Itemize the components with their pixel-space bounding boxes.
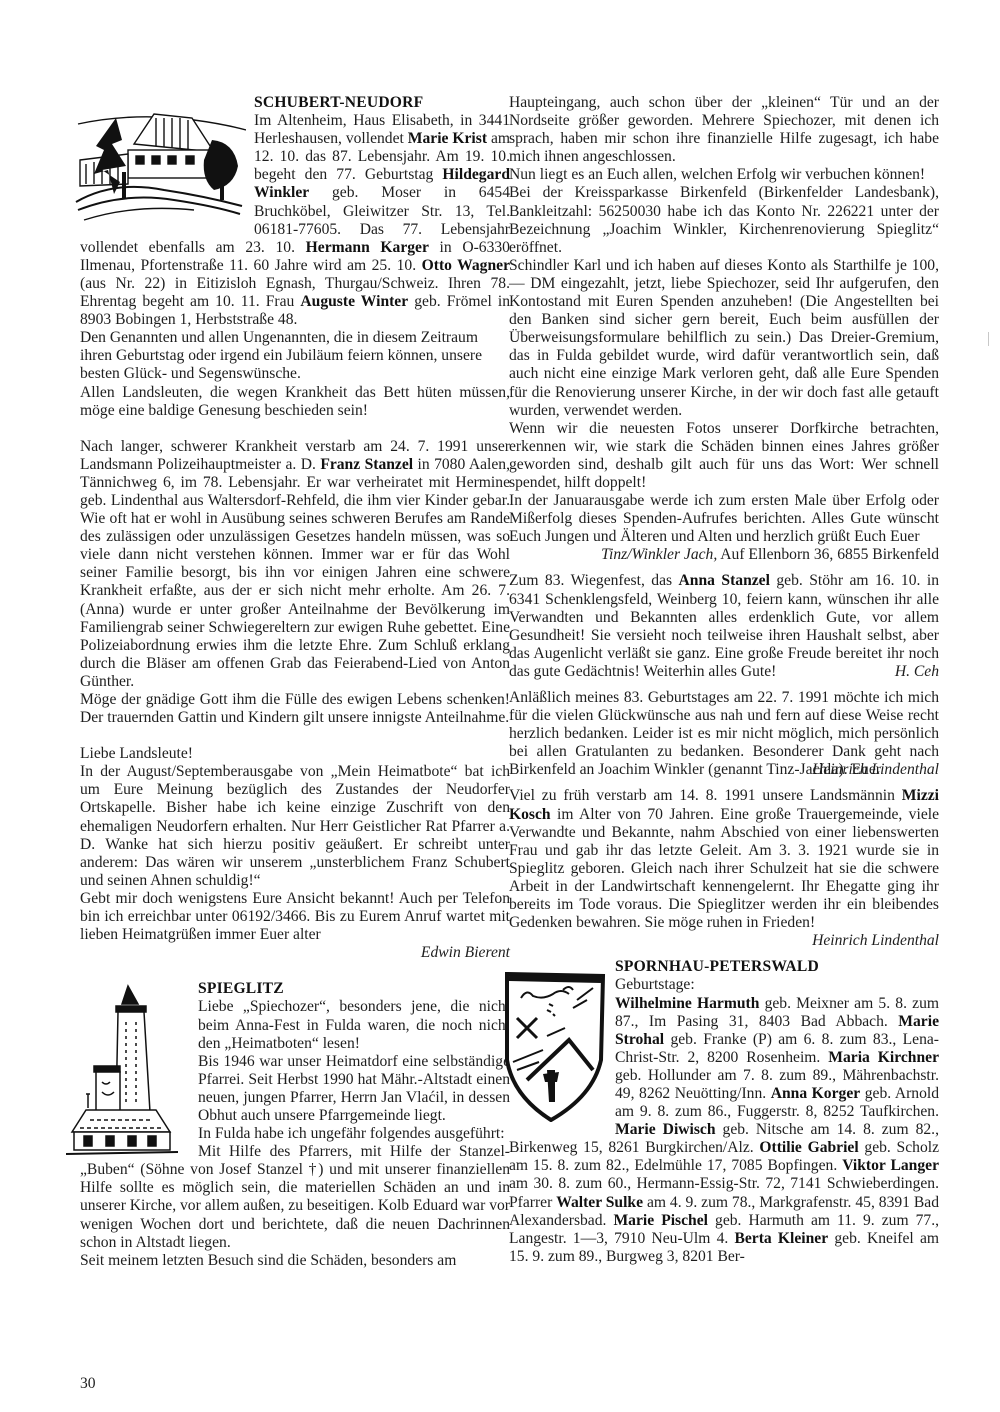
signature-name: Tinz/Winkler Jach, <box>601 546 717 563</box>
appeal-paragraph: Nun liegt es an Euch allen, welchen Erfo… <box>509 166 939 184</box>
bold-name: Anna Stanzel <box>679 572 770 589</box>
page-number: 30 <box>80 1375 96 1393</box>
letter-paragraph: In der August/Septemberausgabe von „Mein… <box>80 763 510 890</box>
bold-name: Marie Krist <box>408 130 487 147</box>
obituary-paragraph: Nach langer, schwerer Krankheit verstarb… <box>80 438 510 691</box>
bold-name: Marie Pischel <box>613 1212 708 1229</box>
right-column: Haupteingang, auch schon über der „klein… <box>509 94 939 1266</box>
bold-name: Marie Strohal <box>615 1013 939 1048</box>
bold-name: Franz Stanzel <box>320 456 413 473</box>
coat-of-arms-icon <box>503 970 607 1122</box>
section-spornhau-peterswald: SPORNHAU-PETERSWALD Geburtstage: Wilhelm… <box>509 958 939 1266</box>
birthday-text: Zum 83. Wiegenfest, das Anna Stanzel geb… <box>509 572 939 679</box>
condolence-paragraph: Möge der gnädige Gott ihm die Fülle des … <box>80 691 510 727</box>
bold-name: Walter Sulke <box>556 1194 643 1211</box>
bold-name: Otto Wagner <box>422 257 510 274</box>
continued-paragraph: Seit meinem letzten Besuch sind die Schä… <box>80 1252 510 1270</box>
author-signature: Tinz/Winkler Jach, Auf Ellenborn 36, 685… <box>509 546 939 564</box>
section-letter-bierent: Liebe Landsleute! In der August/Septembe… <box>80 745 510 962</box>
shield-icon <box>503 970 607 1122</box>
obituary-paragraph: Viel zu früh verstarb am 14. 8. 1991 uns… <box>509 787 939 932</box>
donation-paragraph: Schindler Karl und ich haben auf dieses … <box>509 257 939 420</box>
bold-name: Ottilie Gabriel <box>759 1139 858 1156</box>
letter-paragraph: Gebt mir doch wenigstens Eure Ansicht be… <box>80 890 510 944</box>
closing-paragraph: In der Januarausgabe werde ich zum erste… <box>509 492 939 546</box>
letter-signature: Edwin Bierent <box>80 944 510 962</box>
magazine-page: SCHUBERT-NEUDORF Im Altenheim, Haus Elis… <box>0 0 1000 1412</box>
section-spieglitz-continued: Haupteingang, auch schon über der „klein… <box>509 94 939 564</box>
tower-drawing-icon <box>66 982 190 1158</box>
bold-name: Hermann Karger <box>306 239 429 256</box>
left-column: SCHUBERT-NEUDORF Im Altenheim, Haus Elis… <box>80 94 510 1270</box>
scan-edge-mark <box>988 332 989 346</box>
letter-greeting: Liebe Landsleute! <box>80 745 510 763</box>
bold-name: Viktor Langer <box>842 1157 939 1174</box>
bold-name: Berta Kleiner <box>734 1230 828 1247</box>
bold-name: Marie Diwisch <box>615 1121 716 1138</box>
damage-paragraph: Haupteingang, auch schon über der „klein… <box>509 94 939 166</box>
photos-paragraph: Wenn wir die neuesten Fotos unserer Dorf… <box>509 420 939 492</box>
bold-name: Maria Kirchner <box>828 1049 939 1066</box>
signature-address: Auf Ellenborn 36, 6855 Birkenfeld <box>717 546 939 563</box>
section-obituary-franz-stanzel: Nach langer, schwerer Krankheit verstarb… <box>80 438 510 728</box>
congratulations-paragraph: Den Genannten und allen Ungenannten, die… <box>80 329 510 383</box>
bold-name: Auguste Winter <box>300 293 408 310</box>
get-well-paragraph: Allen Landsleuten, die wegen Krankheit d… <box>80 384 510 420</box>
signature: Heinrich Lindenthal <box>509 932 939 950</box>
section-spieglitz: SPIEGLITZ Liebe „Spiechozer“, besonders … <box>80 980 510 1270</box>
bold-name: Wilhelmine Harmuth <box>615 995 759 1012</box>
section-obituary-mizzi-kosch: Viel zu früh verstarb am 14. 8. 1991 uns… <box>509 787 939 950</box>
plan-paragraph: Mit Hilfe des Pfarrers, mit Hilfe der St… <box>80 1143 510 1252</box>
bold-name: Hildegard Winkler <box>254 166 510 201</box>
farmhouse-illustration-icon <box>74 110 246 222</box>
section-thanks-lindenthal: Anläßlich meines 83. Geburtstages am 22.… <box>509 689 939 779</box>
bank-account-paragraph: Bei der Kreissparkasse Birkenfeld (Birke… <box>509 184 939 256</box>
section-anna-stanzel: Zum 83. Wiegenfest, das Anna Stanzel geb… <box>509 572 939 681</box>
bold-name: Mizzi Kosch <box>509 787 939 822</box>
farmhouse-drawing-icon <box>74 110 246 222</box>
signature: H. Ceh <box>895 663 939 681</box>
bold-name: Anna Korger <box>771 1085 860 1102</box>
section-schubert-neudorf: SCHUBERT-NEUDORF Im Altenheim, Haus Elis… <box>80 94 510 420</box>
tower-illustration-icon <box>66 982 190 1158</box>
birthday-paragraph: Zum 83. Wiegenfest, das Anna Stanzel geb… <box>509 572 939 681</box>
